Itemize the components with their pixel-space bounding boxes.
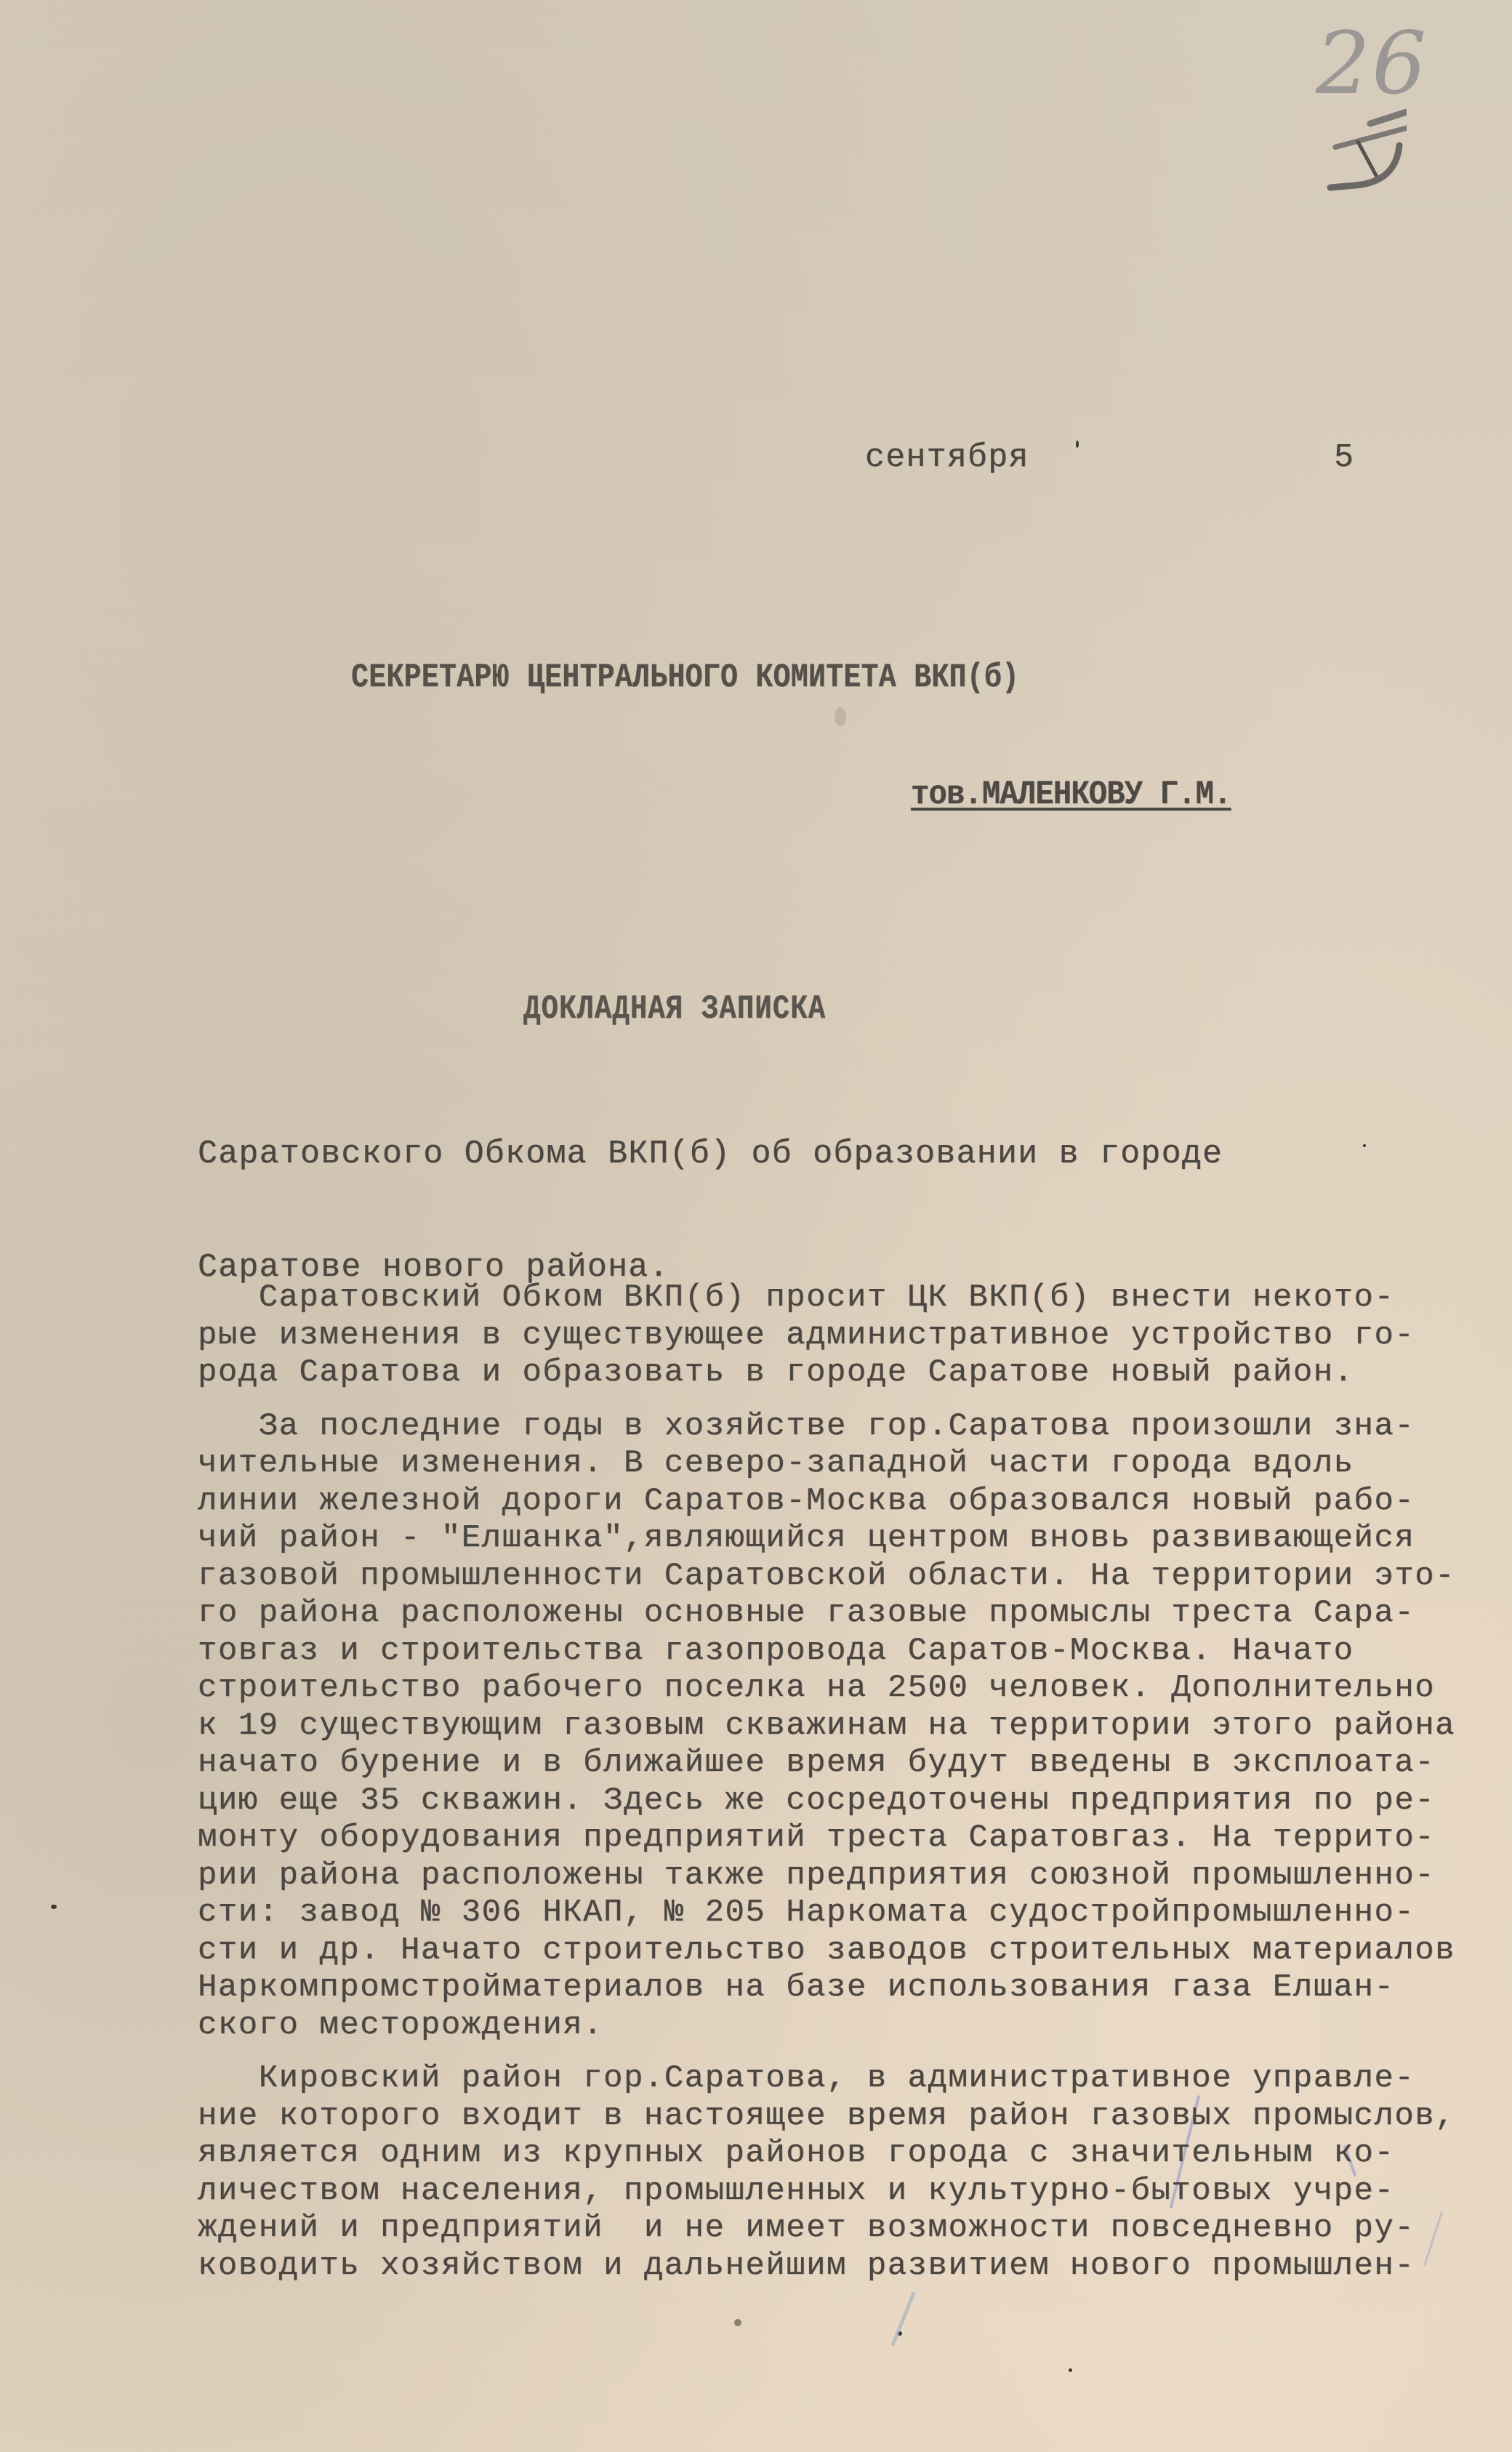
body-line: ние которого входит в настоящее время ра… <box>198 2098 1455 2136</box>
folio-crossed-number-icon <box>1327 102 1407 196</box>
paper-speck <box>1076 441 1079 448</box>
body-line: цию еще 35 скважин. Здесь же сосредоточе… <box>198 1782 1455 1820</box>
blue-pencil-mark <box>890 2291 916 2347</box>
body-line: Наркомпромстройматериалов на базе исполь… <box>198 1969 1455 2007</box>
body-line: ждений и предприятий и не имеет возможно… <box>198 2210 1455 2248</box>
paper-stain <box>835 707 846 726</box>
paper-speck <box>51 1905 57 1909</box>
body-line: чительные изменения. В северо-западной ч… <box>198 1445 1455 1483</box>
addressee-title: СЕКРЕТАРЮ ЦЕНТРАЛЬНОГО КОМИТЕТА ВКП(б) <box>351 659 1019 696</box>
paragraph-3: Кировский район гор.Саратова, в админист… <box>198 2060 1455 2285</box>
subtitle-line: Саратовского Обкома ВКП(б) об образовани… <box>198 1135 1223 1173</box>
paper-speck <box>1363 1144 1366 1147</box>
body-line: чий район - "Елшанка",являющийся центром… <box>198 1520 1455 1558</box>
body-line: газовой промышленности Саратовской облас… <box>198 1558 1455 1596</box>
body-line: сти и др. Начато строительство заводов с… <box>198 1932 1455 1970</box>
paragraph-gap <box>198 1392 1455 1408</box>
body-line: является одним из крупных районов города… <box>198 2135 1455 2173</box>
folio-number: 26 <box>1316 13 1428 113</box>
body-line: сти: завод № 306 НКАП, № 205 Наркомата с… <box>198 1894 1455 1932</box>
body-line: к 19 существующим газовым скважинам на т… <box>198 1708 1455 1745</box>
body-line: личеством населения, промышленных и куль… <box>198 2173 1455 2211</box>
body-line: ского месторождения. <box>198 2007 1455 2045</box>
body-line: За последние годы в хозяйстве гор.Сарато… <box>198 1408 1455 1446</box>
body-line: строительство рабочего поселка на 2500 ч… <box>198 1670 1455 1708</box>
body-line: рые изменения в существующее администрат… <box>198 1317 1455 1355</box>
document-title: ДОКЛАДНАЯ ЗАПИСКА <box>523 990 826 1028</box>
paper-stain <box>734 2319 741 2326</box>
addressee-name: тов.МАЛЕНКОВУ Г.М. <box>911 776 1231 813</box>
body-line: го района расположены основные газовые п… <box>198 1595 1455 1633</box>
document-page: 26 сентября 5 СЕКРЕТАРЮ ЦЕНТРАЛЬНОГО КОМ… <box>0 0 1512 2452</box>
paper-speck <box>1069 2368 1072 2372</box>
body-line: рии района расположены также предприятия… <box>198 1857 1455 1895</box>
body-line: рода Саратова и образовать в городе Сара… <box>198 1354 1455 1392</box>
date-day: 5 <box>1334 439 1354 477</box>
date-month: сентября <box>865 439 1029 477</box>
body-line: монту оборудования предприятий треста Са… <box>198 1820 1455 1857</box>
body-line: начато бурение и в ближайшее время будут… <box>198 1745 1455 1782</box>
paragraph-2: За последние годы в хозяйстве гор.Сарато… <box>198 1408 1455 2045</box>
paragraph-gap <box>198 2044 1455 2060</box>
paragraph-1: Саратовский Обком ВКП(б) просит ЦК ВКП(б… <box>198 1279 1455 1392</box>
body-line: линии железной дороги Саратов-Москва обр… <box>198 1483 1455 1521</box>
body-line: товгаз и строительства газопровода Сарат… <box>198 1633 1455 1671</box>
body-line: Кировский район гор.Саратова, в админист… <box>198 2060 1455 2098</box>
body-line: Саратовский Обком ВКП(б) просит ЦК ВКП(б… <box>198 1279 1455 1317</box>
body-line: ководить хозяйством и дальнейшим развити… <box>198 2248 1455 2286</box>
document-body: Саратовский Обком ВКП(б) просит ЦК ВКП(б… <box>198 1279 1455 2285</box>
